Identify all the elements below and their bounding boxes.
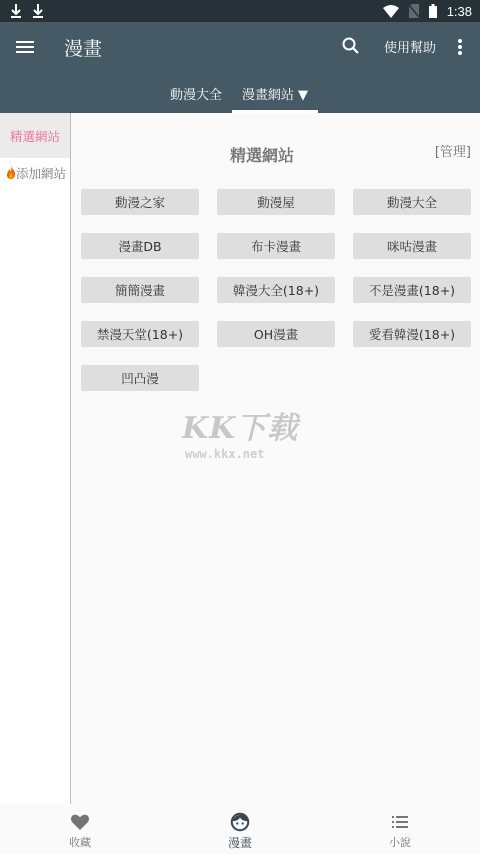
- nav-item-favorites[interactable]: 收藏: [0, 804, 160, 854]
- sidebar-item-featured-sites[interactable]: 精選網站: [0, 113, 70, 158]
- clock: 1:38: [447, 4, 472, 19]
- site-button[interactable]: 動漫大全: [353, 189, 471, 215]
- menu-icon[interactable]: [14, 36, 36, 58]
- tab-anime-all[interactable]: 動漫大全: [162, 78, 230, 113]
- site-button[interactable]: 凹凸漫: [81, 365, 199, 391]
- tab-label: 動漫大全: [170, 84, 222, 103]
- bottom-nav: 收藏 漫畫 小說: [0, 804, 480, 854]
- site-button[interactable]: 禁漫天堂(18+): [81, 321, 199, 347]
- main-panel: 精選網站 [管理] 動漫之家 動漫屋 動漫大全 漫畫DB 布卡漫畫 咪咕漫畫 簡…: [72, 113, 480, 804]
- site-button[interactable]: 韓漫大全(18+): [217, 277, 335, 303]
- section-heading: 精選網站: [72, 143, 452, 166]
- site-button[interactable]: 動漫之家: [81, 189, 199, 215]
- nav-label: 收藏: [69, 834, 91, 850]
- nav-item-novels[interactable]: 小說: [320, 804, 480, 854]
- site-button[interactable]: 漫畫DB: [81, 233, 199, 259]
- nav-item-comics[interactable]: 漫畫: [160, 804, 320, 854]
- fire-icon: [6, 166, 16, 179]
- app-bar: 漫畫 使用幫助 動漫大全 漫畫網站 ▼: [0, 22, 480, 113]
- site-button[interactable]: OH漫畫: [217, 321, 335, 347]
- sidebar-item-label: 添加網站: [16, 166, 66, 181]
- tab-bar: 動漫大全 漫畫網站 ▼: [0, 78, 480, 113]
- more-vert-icon[interactable]: [451, 36, 469, 58]
- site-button[interactable]: 愛看韓漫(18+): [353, 321, 471, 347]
- manage-link[interactable]: [管理]: [435, 141, 471, 160]
- battery-icon: [429, 4, 437, 18]
- site-button[interactable]: 布卡漫畫: [217, 233, 335, 259]
- list-icon: [390, 812, 410, 832]
- nav-label: 小說: [389, 834, 411, 850]
- face-icon: [230, 812, 250, 832]
- status-bar: 1:38: [0, 0, 480, 22]
- site-button[interactable]: 簡簡漫畫: [81, 277, 199, 303]
- sidebar-item-label: 精選網站: [10, 127, 60, 145]
- heart-icon: [70, 812, 90, 832]
- site-grid: 動漫之家 動漫屋 動漫大全 漫畫DB 布卡漫畫 咪咕漫畫 簡簡漫畫 韓漫大全(1…: [81, 189, 471, 391]
- tab-comic-sites[interactable]: 漫畫網站 ▼: [232, 78, 318, 113]
- sidebar: 精選網站 添加網站: [0, 113, 71, 804]
- page-title: 漫畫: [64, 34, 102, 61]
- sidebar-item-add-site[interactable]: 添加網站: [0, 158, 70, 181]
- no-sim-icon: [409, 4, 419, 18]
- download-icon: [9, 2, 23, 20]
- site-button[interactable]: 咪咕漫畫: [353, 233, 471, 259]
- tab-label: 漫畫網站 ▼: [242, 84, 308, 103]
- wifi-icon: [383, 5, 399, 18]
- nav-label: 漫畫: [228, 834, 252, 851]
- download-icon: [31, 2, 45, 20]
- site-button[interactable]: 動漫屋: [217, 189, 335, 215]
- search-icon[interactable]: [341, 36, 361, 56]
- help-button[interactable]: 使用幫助: [384, 37, 436, 56]
- site-button[interactable]: 不是漫畫(18+): [353, 277, 471, 303]
